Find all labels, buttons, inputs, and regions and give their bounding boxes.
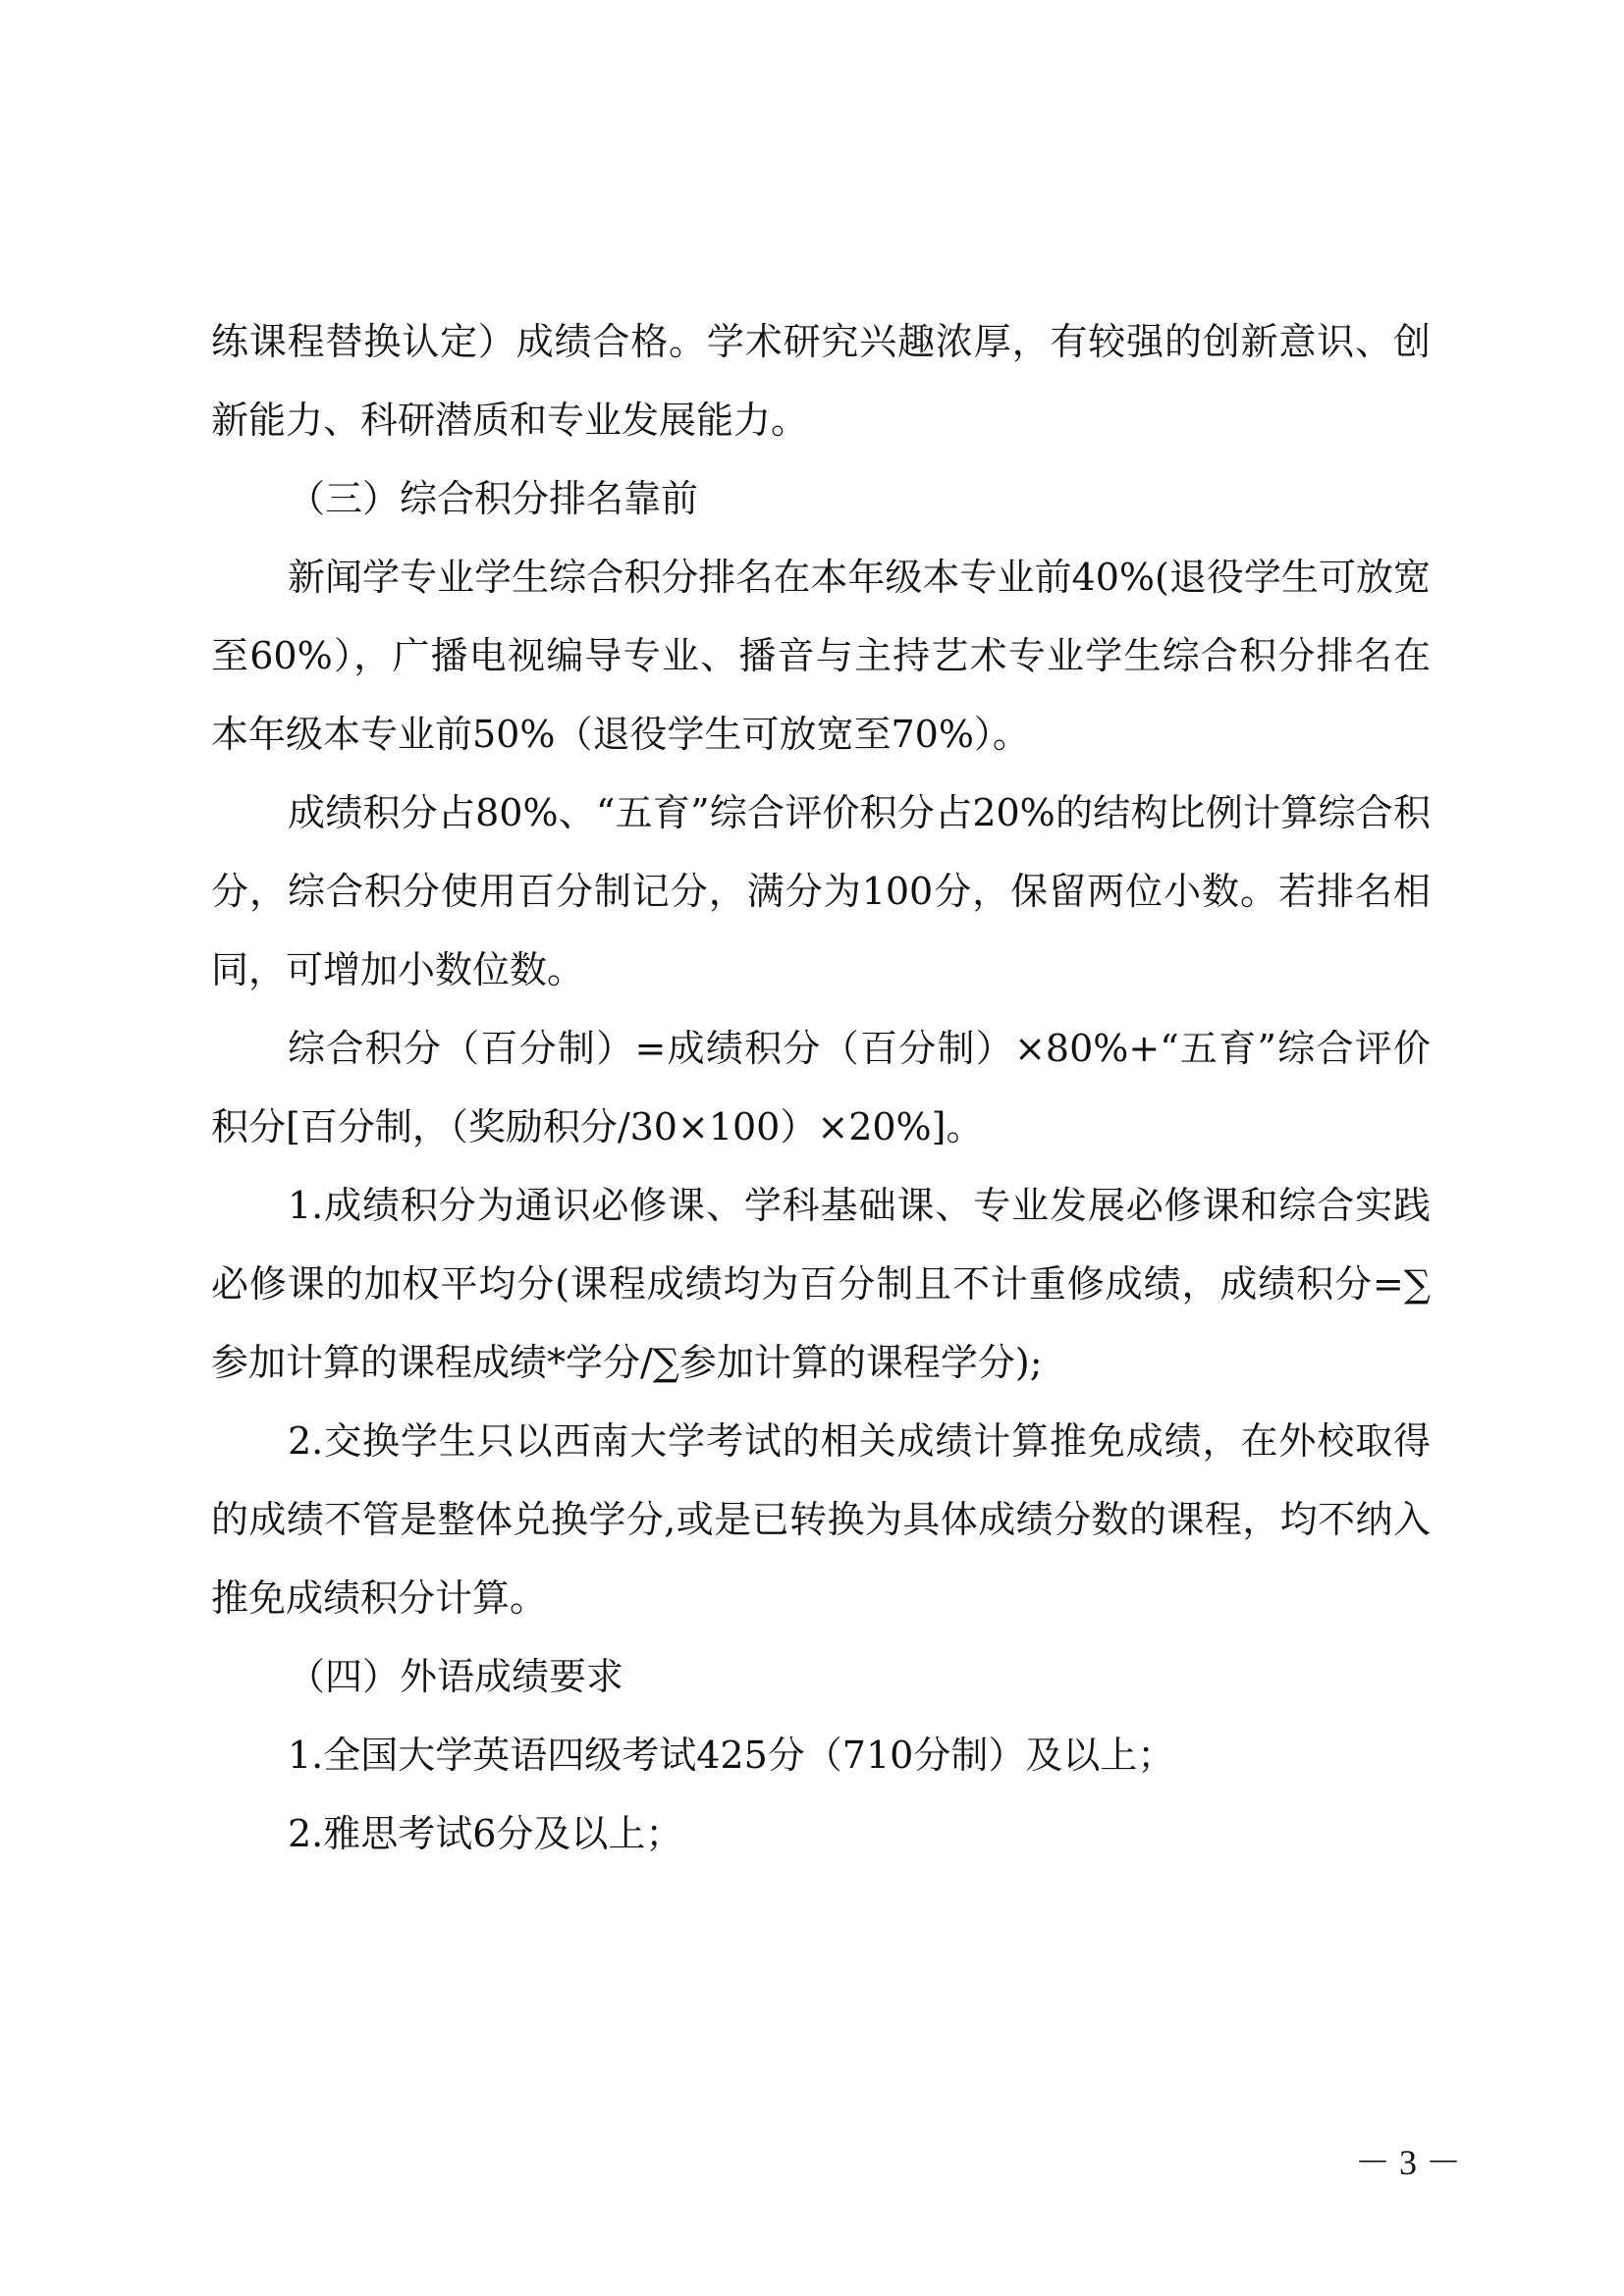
paragraph-item-2-exchange-students: 2.交换学生只以西南大学考试的相关成绩计算推免成绩，在外校取得的成绩不管是整体兑… bbox=[211, 1402, 1431, 1637]
paragraph-score-weighting: 成绩积分占80%、“五育”综合评价积分占20%的结构比例计算综合积分，综合积分使… bbox=[211, 774, 1431, 1009]
paragraph-item-ielts: 2.雅思考试6分及以上； bbox=[211, 1794, 1431, 1873]
paragraph-item-cet4: 1.全国大学英语四级考试425分（710分制）及以上； bbox=[211, 1716, 1431, 1794]
section-heading-3: （三）综合积分排名靠前 bbox=[211, 459, 1431, 538]
section-heading-4: （四）外语成绩要求 bbox=[211, 1637, 1431, 1716]
page-number: － 3 － bbox=[1355, 2135, 1443, 2185]
paragraph-formula: 综合积分（百分制）=成绩积分（百分制）×80%+“五育”综合评价积分[百分制，（… bbox=[211, 1009, 1431, 1166]
document-body: 练课程替换认定）成绩合格。学术研究兴趣浓厚，有较强的创新意识、创新能力、科研潜质… bbox=[211, 302, 1431, 1873]
document-page: 练课程替换认定）成绩合格。学术研究兴趣浓厚，有较强的创新意识、创新能力、科研潜质… bbox=[0, 0, 1624, 2296]
paragraph-ranking-thresholds: 新闻学专业学生综合积分排名在本年级本专业前40%(退役学生可放宽至60%），广播… bbox=[211, 538, 1431, 774]
paragraph-continuation: 练课程替换认定）成绩合格。学术研究兴趣浓厚，有较强的创新意识、创新能力、科研潜质… bbox=[211, 302, 1431, 459]
paragraph-item-1-grade-points: 1.成绩积分为通识必修课、学科基础课、专业发展必修课和综合实践必修课的加权平均分… bbox=[211, 1166, 1431, 1402]
